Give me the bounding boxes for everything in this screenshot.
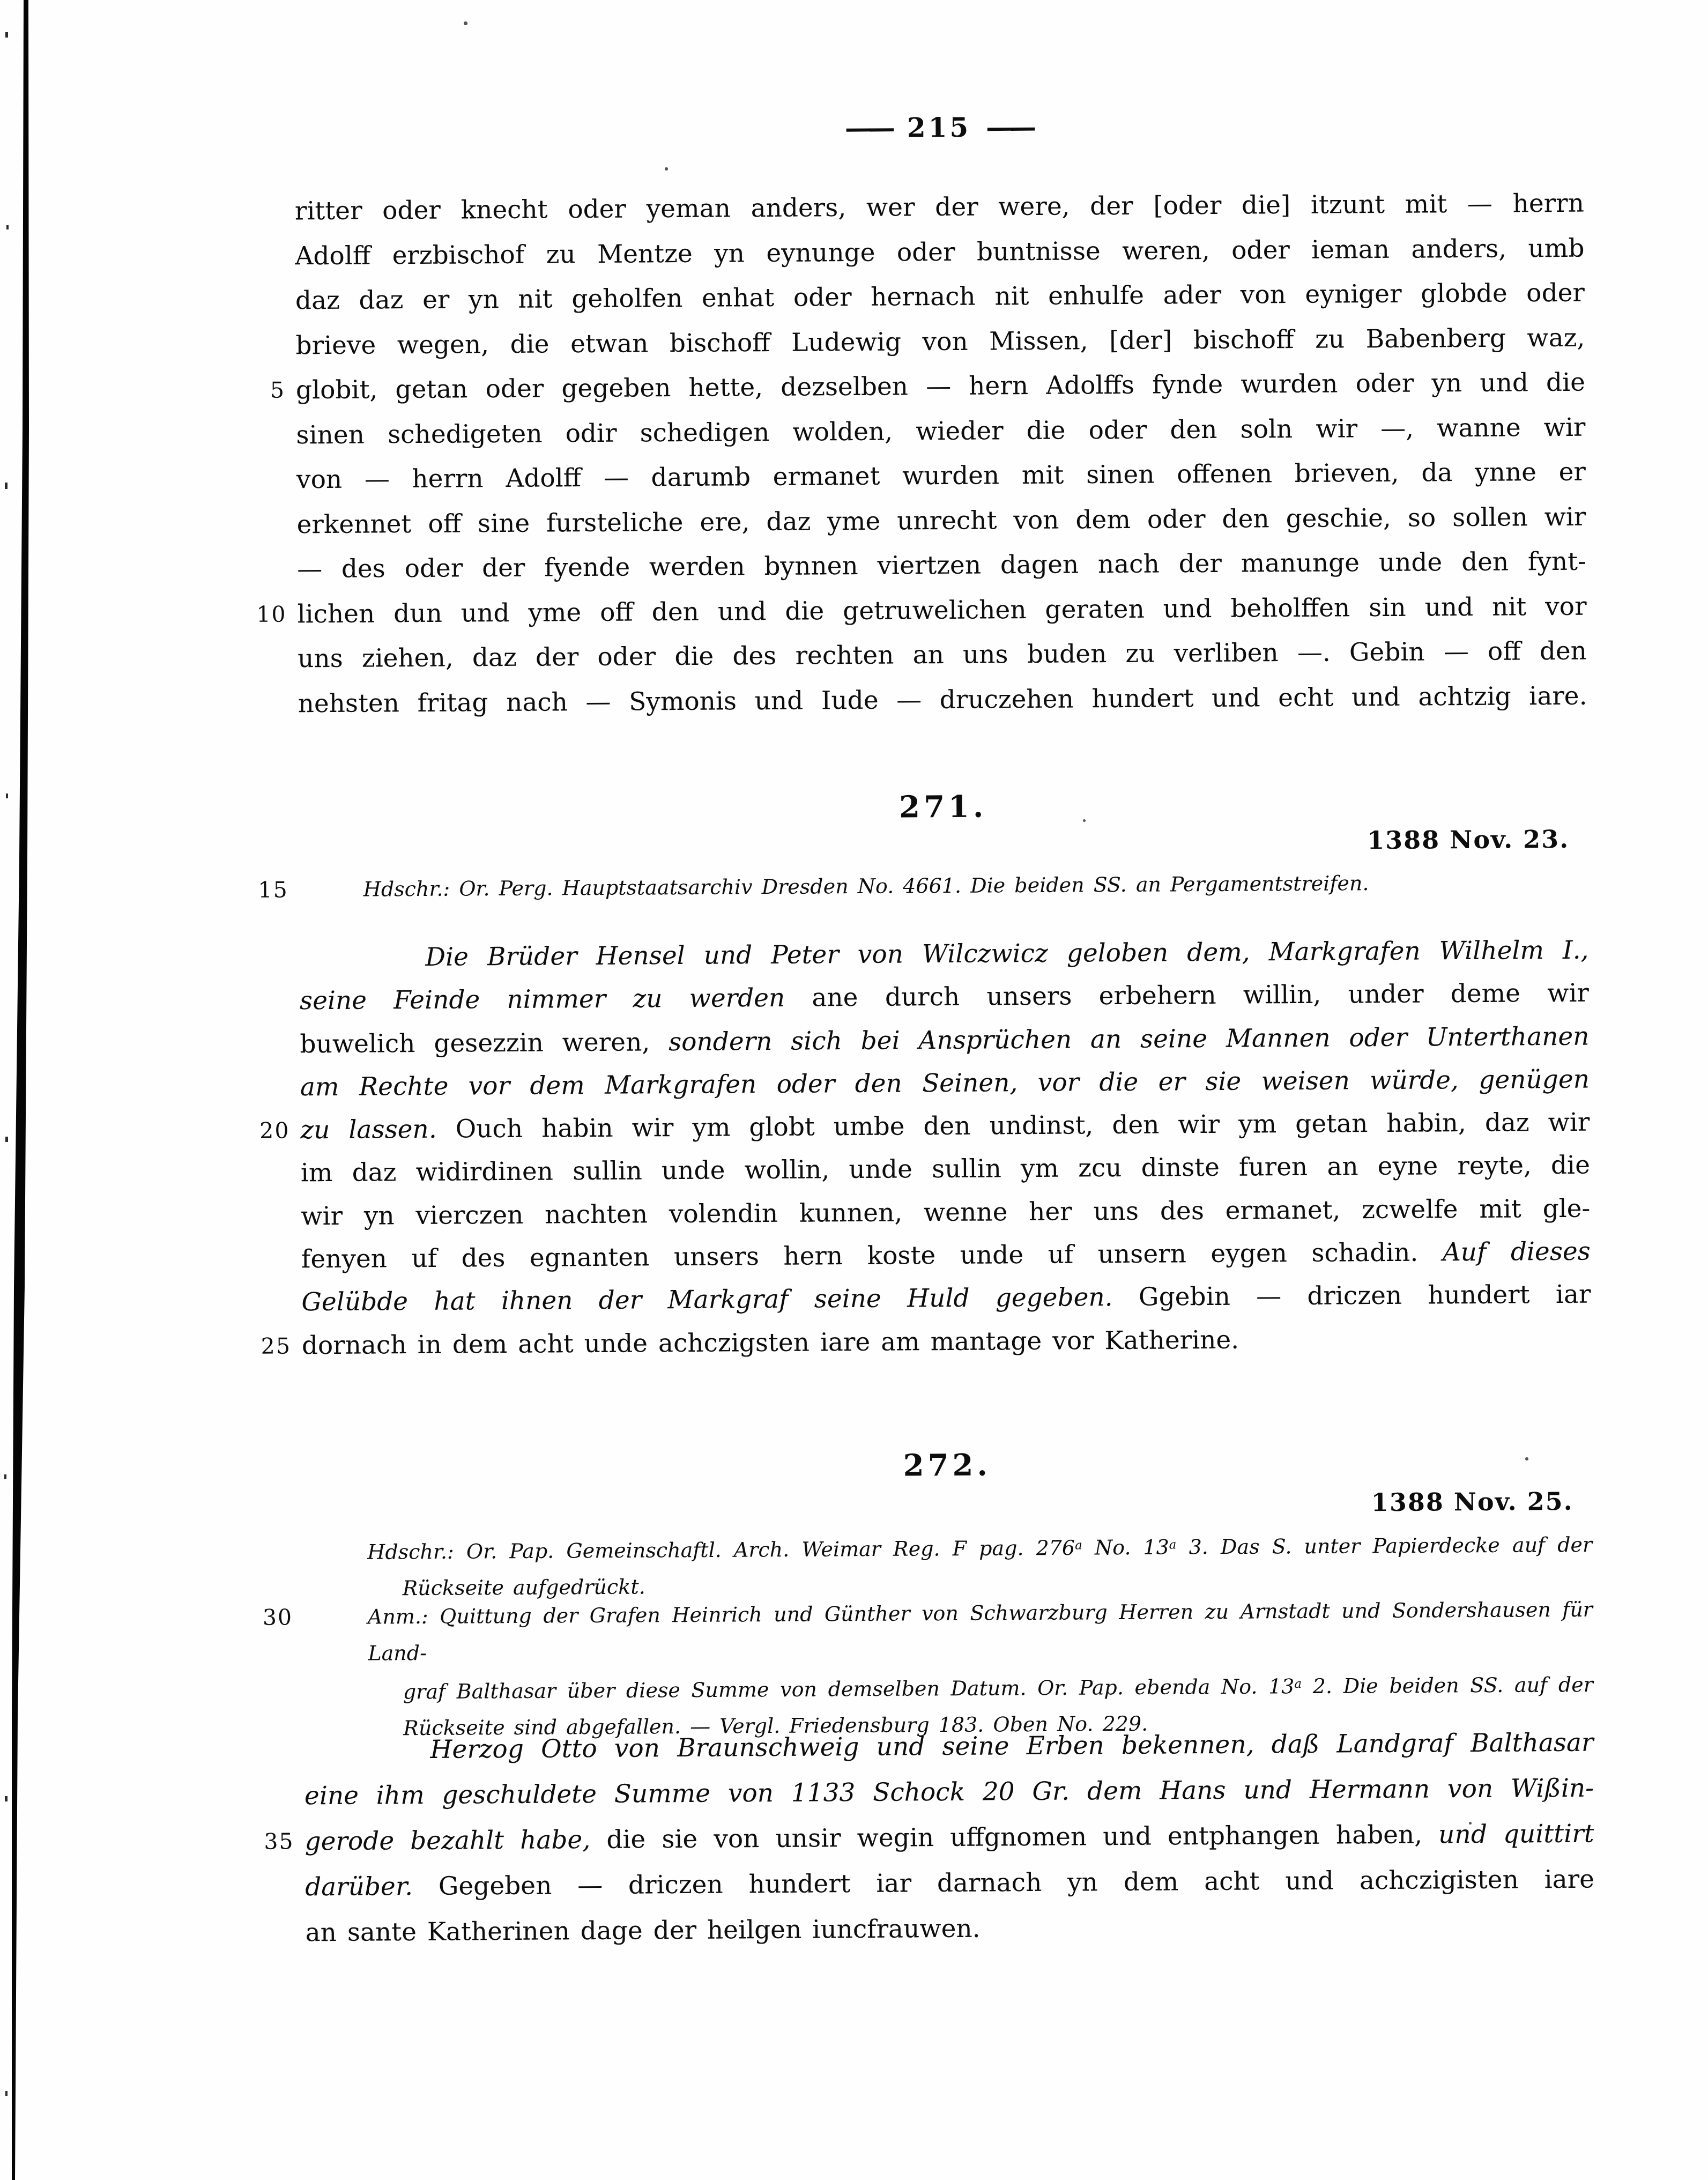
text-line: Adolff erzbischof zu Mentze yn eynunge o… (295, 226, 1584, 278)
header-dash-right: —— (986, 111, 1033, 143)
regest-italic-segment: Gelübde hat ihnen der Markgraf seine Hul… (301, 1282, 1113, 1317)
page-number: 215 (907, 112, 971, 144)
regest-italic-segment: darüber. (305, 1872, 413, 1902)
text-line: 30Anm.: Quittung der Grafen Heinrich und… (303, 1591, 1593, 1672)
source-text-segment: lichen dun und yme off den und die getru… (297, 591, 1586, 629)
regest-italic-segment: seine Feinde nimmer zu werden (300, 983, 785, 1016)
source-text-segment: Ggebin — driczen hundert iar (1113, 1280, 1591, 1312)
source-text-segment: von — herrn Adolff — darumb ermanet wurd… (296, 457, 1586, 495)
document-272-date: 1388 Nov. 25. (303, 1485, 1592, 1525)
line-number: 15 (248, 871, 288, 908)
text-line: Die Brüder Hensel und Peter von Wilczwic… (299, 929, 1588, 980)
gutter-shadow-shape (12, 0, 29, 2180)
line-number: 10 (246, 592, 287, 637)
regest-italic-segment: Hdschr.: Or. Perg. Hauptstaatsarchiv Dre… (363, 871, 1369, 901)
source-text-segment: brieve wegen, die etwan bischoff Ludewig… (295, 323, 1585, 360)
text-line: im daz widirdinen sullin unde wollin, un… (301, 1144, 1590, 1195)
line-number: 20 (249, 1109, 289, 1153)
text-line: ritter oder knecht oder yeman anders, we… (295, 181, 1584, 234)
text-line: fenyen uf des egnanten unsers hern koste… (301, 1230, 1591, 1281)
source-text-segment: erkennet off sine fursteliche ere, daz y… (296, 502, 1586, 539)
text-line: seine Feinde nimmer zu werden ane durch … (300, 972, 1589, 1023)
document-271-regest: Die Brüder Hensel und Peter von Wilczwic… (299, 929, 1591, 1368)
line-number: 30 (253, 1599, 293, 1635)
text-line: 35gerode bezahlt habe, die sie von unsir… (305, 1811, 1594, 1865)
source-text-segment: nehsten fritag nach — Symonis und Iude —… (298, 681, 1587, 718)
header-dash-left: —— (845, 112, 892, 144)
regest-italic-segment: 3. Das S. unter Papierdecke auf der (1176, 1533, 1592, 1559)
document-271-source-note: 15Hdschr.: Or. Perg. Hauptstaatsarchiv D… (299, 864, 1588, 908)
text-line: nehsten fritag nach — Symonis und Iude —… (298, 673, 1587, 726)
regest-italic-segment: Rückseite aufgedrückt. (403, 1575, 645, 1600)
source-text-segment: fenyen uf des egnanten unsers hern koste… (301, 1237, 1443, 1274)
page-content: ——215—— ritter oder knecht oder yeman an… (294, 0, 1596, 2180)
source-text-segment: buwelich gesezzin weren, (300, 1027, 669, 1059)
line-number: 35 (254, 1819, 294, 1864)
gutter-dust-marks (4, 32, 9, 2096)
source-text-segment: Gegeben — driczen hundert iar darnach yn… (413, 1865, 1594, 1901)
document-271-date: 1388 Nov. 23. (299, 823, 1588, 863)
regest-italic-segment: Hdschr.: Or. Pap. Gemeinschaftl. Arch. W… (367, 1536, 1075, 1564)
regest-italic-segment: gerode bezahlt habe, (305, 1825, 590, 1856)
text-line: 25dornach in dem acht unde achczigsten i… (302, 1316, 1591, 1367)
page-header: ——215—— (294, 102, 1584, 153)
regest-italic-segment: Anm.: Quittung der Grafen Heinrich und G… (368, 1598, 1593, 1665)
regest-italic-segment: zu lassen. (300, 1115, 437, 1145)
source-text-segment: an sante Katherinen dage der heilgen iun… (305, 1914, 980, 1948)
regest-italic-segment: Herzog Otto von Braunschweig und seine E… (430, 1728, 1593, 1764)
regest-italic-segment: am Rechte vor dem Markgrafen oder den Se… (300, 1065, 1590, 1102)
text-line: an sante Katherinen dage der heilgen iun… (305, 1902, 1594, 1956)
regest-italic-segment: Die Brüder Hensel und Peter von Wilczwic… (425, 936, 1588, 972)
text-line: 10lichen dun und yme off den und die get… (297, 584, 1586, 636)
source-text-segment: ritter oder knecht oder yeman anders, we… (295, 189, 1584, 226)
source-text-segment: Adolff erzbischof zu Mentze yn eynunge o… (295, 233, 1584, 271)
regest-italic-segment: graf Balthasar über diese Summe von dems… (403, 1674, 1295, 1703)
document-272-regest: Herzog Otto von Braunschweig und seine E… (304, 1720, 1595, 1956)
line-number: 5 (245, 368, 286, 413)
text-line: buwelich gesezzin weren, sondern sich be… (300, 1015, 1589, 1066)
text-line: sinen schedigeten odir schedigen wolden,… (296, 405, 1585, 457)
text-line: 20zu lassen. Ouch habin wir ym globt umb… (300, 1101, 1590, 1152)
source-text-segment: die sie von unsir wegin uffgnomen und en… (590, 1820, 1438, 1855)
source-text-segment: Ouch habin wir ym globt umbe den undinst… (437, 1108, 1590, 1144)
regest-italic-segment: 2. Die beiden SS. auf der (1302, 1673, 1593, 1698)
regest-italic-segment: eine ihm geschuldete Summe von 1133 Scho… (305, 1774, 1594, 1811)
text-line: Herzog Otto von Braunschweig und seine E… (304, 1720, 1593, 1774)
source-text-segment: im daz widirdinen sullin unde wollin, un… (301, 1151, 1590, 1188)
superscript-segment: a (1075, 1538, 1082, 1552)
regest-italic-segment: No. 13 (1082, 1536, 1169, 1560)
superscript-segment: a (1294, 1677, 1302, 1691)
source-text-segment: globit, getan oder gegeben hette, dezsel… (296, 368, 1585, 405)
text-line: erkennet off sine fursteliche ere, daz y… (296, 494, 1586, 547)
source-text-segment: — des oder der fyende werden bynnen vier… (297, 547, 1586, 584)
continuation-paragraph: ritter oder knecht oder yeman anders, we… (295, 181, 1587, 726)
text-line: am Rechte vor dem Markgrafen oder den Se… (300, 1058, 1590, 1109)
text-line: von — herrn Adolff — darumb ermanet wurd… (296, 450, 1586, 502)
line-number: 25 (251, 1324, 291, 1368)
source-text-segment: wir yn vierczen nachten volendin kunnen,… (301, 1193, 1590, 1231)
text-line: — des oder der fyende werden bynnen vier… (297, 539, 1586, 592)
text-line: darüber. Gegeben — driczen hundert iar d… (305, 1857, 1594, 1910)
source-text-segment: daz daz er yn nit geholfen enhat oder he… (295, 278, 1585, 316)
source-text-segment: ane durch unsers erbehern willin, under … (785, 978, 1589, 1013)
regest-italic-segment: Auf dieses (1443, 1237, 1591, 1267)
scanned-page: ——215—— ritter oder knecht oder yeman an… (0, 0, 1708, 2180)
source-text-segment: dornach in dem acht unde achczigsten iar… (302, 1325, 1239, 1360)
superscript-segment: a (1169, 1538, 1177, 1552)
source-text-segment: uns ziehen, daz der oder die des rechten… (298, 636, 1587, 674)
text-line: brieve wegen, die etwan bischoff Ludewig… (295, 315, 1585, 368)
regest-italic-segment: und quittirt (1438, 1819, 1594, 1850)
document-272-heading: 272. (302, 1443, 1592, 1488)
text-line: wir yn vierczen nachten volendin kunnen,… (301, 1187, 1590, 1238)
text-line: eine ihm geschuldete Summe von 1133 Scho… (305, 1766, 1594, 1819)
text-line: 5globit, getan oder gegeben hette, dezse… (296, 360, 1585, 413)
text-line: 15Hdschr.: Or. Perg. Hauptstaatsarchiv D… (299, 864, 1588, 908)
text-line: uns ziehen, daz der oder die des rechten… (298, 629, 1587, 681)
regest-italic-segment: sondern sich bei Ansprüchen an seine Man… (669, 1021, 1590, 1056)
text-line: Gelübde hat ihnen der Markgraf seine Hul… (301, 1273, 1591, 1324)
source-text-segment: sinen schedigeten odir schedigen wolden,… (296, 412, 1585, 450)
document-271-heading: 271. (299, 784, 1588, 830)
text-line: daz daz er yn nit geholfen enhat oder he… (295, 271, 1585, 323)
scan-gutter-artifact (0, 0, 64, 2180)
